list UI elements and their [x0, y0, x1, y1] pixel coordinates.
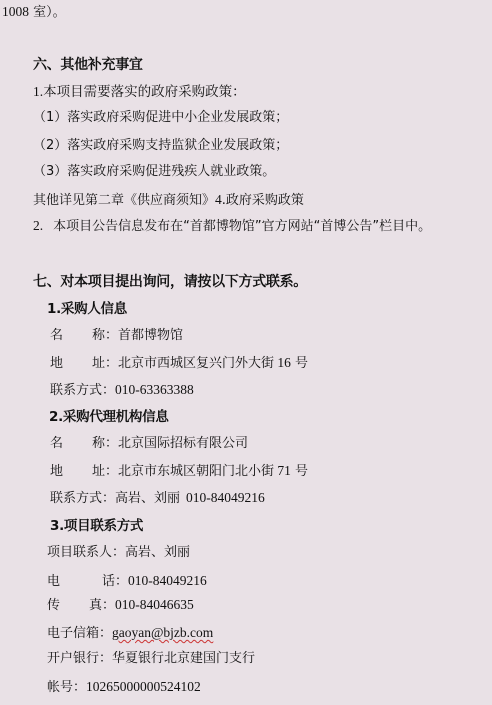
street-suffix: 号: [291, 464, 308, 479]
bank-account-value: 10265000000524102: [86, 679, 201, 694]
field-label: 帐号：: [47, 680, 86, 695]
project-contact-person-row: 项目联系人：高岩、刘丽: [47, 545, 190, 561]
field-label: 地: [50, 356, 92, 372]
field-label: 项目联系人：: [47, 545, 125, 560]
project-email-row: 电子信箱：gaoyan@bjzb.com: [47, 625, 213, 642]
agency-heading: 2.采购代理机构信息: [49, 409, 169, 425]
field-label: 话：: [102, 574, 128, 589]
see-also-suffix: .政府采购政策: [222, 193, 304, 208]
project-fax-row: 传真：010-84046635: [47, 597, 194, 614]
agency-contact-people: 高岩、刘丽: [115, 491, 180, 506]
project-phone-row: 电话：010-84049216: [47, 573, 207, 590]
project-phone-value: 010-84049216: [128, 573, 207, 588]
field-label: 称：: [92, 328, 118, 343]
street-suffix: 号: [291, 356, 308, 371]
field-label: 地: [50, 464, 92, 480]
project-account-row: 帐号：10265000000524102: [47, 679, 201, 696]
agency-phone-value: 010-84049216: [186, 490, 265, 505]
agency-contact-row: 联系方式：高岩、刘丽010-84049216: [50, 490, 265, 507]
field-label: 真：: [89, 598, 115, 613]
field-label: 址：: [92, 464, 118, 479]
project-contact-person-value: 高岩、刘丽: [125, 545, 190, 560]
field-label: 开户银行：: [47, 651, 112, 666]
agency-name-row: 名称：北京国际招标有限公司: [50, 436, 248, 452]
purchaser-address-value: 北京市西城区复兴门外大街: [118, 356, 274, 371]
purchaser-phone-value: 010-63363388: [115, 382, 194, 397]
email-link[interactable]: gaoyan@bjzb.com: [112, 625, 213, 640]
agency-address-value: 北京市东城区朝阳门北小街: [118, 464, 274, 479]
project-contact-heading: 3.项目联系方式: [50, 518, 143, 534]
see-also-text: 其他详见第二章《供应商须知》: [33, 193, 215, 208]
field-label: 电子信箱：: [47, 626, 112, 641]
policy-number: （3）: [33, 164, 67, 179]
field-label: 联系方式：: [50, 491, 115, 506]
project-fax-value: 010-84046635: [115, 597, 194, 612]
section-6-item-2: 2.本项目公告信息发布在“首都博物馆”官方网站“首博公告”栏目中。: [33, 218, 431, 235]
item-1-text: 1.本项目需要落实的政府采购政策：: [33, 84, 246, 99]
purchaser-name-value: 首都博物馆: [118, 328, 183, 343]
field-label: 址：: [92, 356, 118, 371]
field-label: 电: [47, 574, 102, 590]
see-also-number: 4: [215, 192, 222, 207]
agency-name-value: 北京国际招标有限公司: [118, 436, 248, 451]
purchaser-heading: 1.采购人信息: [47, 301, 127, 317]
bank-name-value: 华夏银行北京建国门支行: [112, 651, 255, 666]
policy-number: （1）: [33, 110, 67, 125]
section-6-heading: 六、其他补充事宜: [33, 57, 143, 73]
purchaser-name-row: 名称：首都博物馆: [50, 328, 183, 344]
see-also-line: 其他详见第二章《供应商须知》4.政府采购政策: [33, 192, 304, 209]
field-label: 联系方式：: [50, 383, 115, 398]
item-2-number: 2.: [33, 218, 43, 233]
policy-text: 落实政府采购促进残疾人就业政策。: [67, 164, 275, 179]
policy-item-2: （2）落实政府采购支持监狱企业发展政策；: [33, 138, 288, 154]
policy-text: 落实政府采购支持监狱企业发展政策；: [67, 138, 288, 153]
policy-text: 落实政府采购促进中小企业发展政策；: [67, 110, 288, 125]
policy-number: （2）: [33, 138, 67, 153]
room-suffix: 室）。: [29, 5, 66, 20]
item-2-text: 本项目公告信息发布在“首都博物馆”官方网站“首博公告”栏目中。: [53, 219, 431, 234]
section-6-item-1: 1.本项目需要落实的政府采购政策：: [33, 84, 246, 101]
field-label: 名: [50, 328, 92, 344]
street-number: 71: [274, 463, 291, 478]
previous-paragraph-tail: 1008 室）。: [2, 4, 66, 21]
street-number: 16: [274, 355, 291, 370]
purchaser-contact-row: 联系方式：010-63363388: [50, 382, 194, 399]
section-7-heading: 七、对本项目提出询问，请按以下方式联系。: [33, 274, 307, 290]
field-label: 传: [47, 598, 89, 614]
policy-item-1: （1）落实政府采购促进中小企业发展政策；: [33, 110, 288, 126]
policy-item-3: （3）落实政府采购促进残疾人就业政策。: [33, 164, 275, 180]
field-label: 名: [50, 436, 92, 452]
room-number: 1008: [2, 4, 29, 19]
project-bank-row: 开户银行：华夏银行北京建国门支行: [47, 651, 255, 667]
agency-address-row: 地址：北京市东城区朝阳门北小街 71 号: [50, 463, 308, 480]
purchaser-address-row: 地址：北京市西城区复兴门外大街 16 号: [50, 355, 308, 372]
field-label: 称：: [92, 436, 118, 451]
